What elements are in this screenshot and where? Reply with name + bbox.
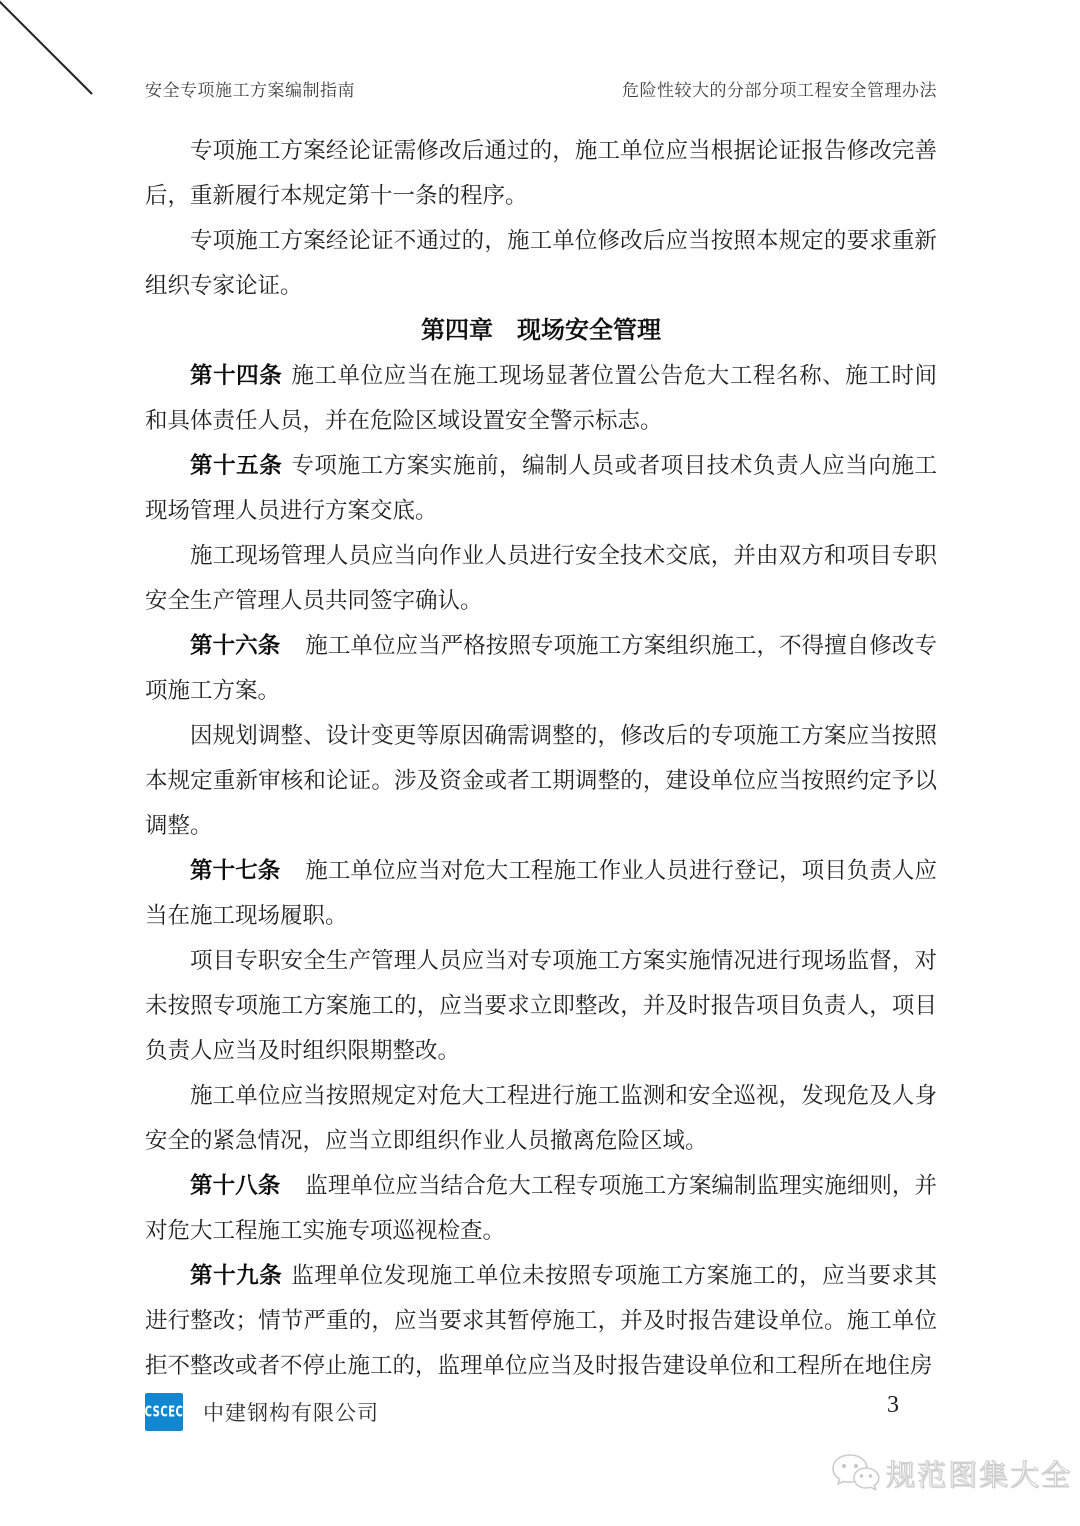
- article-number: 第十七条: [190, 858, 280, 883]
- cscec-logo-icon: CSCEC: [145, 1393, 183, 1431]
- article-paragraph: 第十九条监理单位发现施工单位未按照专项施工方案施工的，应当要求其进行整改；情节严…: [145, 1253, 937, 1388]
- body-paragraph: 施工现场管理人员应当向作业人员进行安全技术交底，并由双方和项目专职安全生产管理人…: [145, 533, 937, 623]
- watermark: 规范图集大全: [830, 1452, 1072, 1494]
- body-paragraph: 专项施工方案经论证需修改后通过的，施工单位应当根据论证报告修改完善后，重新履行本…: [145, 128, 937, 218]
- body-paragraph: 项目专职安全生产管理人员应当对专项施工方案实施情况进行现场监督，对未按照专项施工…: [145, 938, 937, 1073]
- page-number: 3: [878, 1392, 908, 1419]
- article-number: 第十九条: [190, 1263, 282, 1288]
- article-number: 第十六条: [190, 633, 280, 658]
- article-paragraph: 第十五条专项施工方案实施前，编制人员或者项目技术负责人应当向施工现场管理人员进行…: [145, 443, 937, 533]
- company-name: 中建钢构有限公司: [203, 1397, 379, 1427]
- page-header: 安全专项施工方案编制指南 危险性较大的分部分项工程安全管理办法: [145, 76, 937, 101]
- header-right-title: 危险性较大的分部分项工程安全管理办法: [622, 76, 937, 101]
- header-left-title: 安全专项施工方案编制指南: [145, 76, 355, 101]
- cscec-logo-text: CSCEC: [145, 1404, 184, 1421]
- document-page: 安全专项施工方案编制指南 危险性较大的分部分项工程安全管理办法 专项施工方案经论…: [0, 0, 1080, 1526]
- body-paragraph: 专项施工方案经论证不通过的，施工单位修改后应当按照本规定的要求重新组织专家论证。: [145, 218, 937, 308]
- page-footer: CSCEC 中建钢构有限公司: [145, 1393, 379, 1431]
- wechat-icon: [830, 1452, 880, 1494]
- article-paragraph: 第十四条施工单位应当在施工现场显著位置公告危大工程名称、施工时间和具体责任人员，…: [145, 353, 937, 443]
- chapter-heading: 第四章 现场安全管理: [145, 308, 937, 353]
- article-paragraph: 第十六条施工单位应当严格按照专项施工方案组织施工，不得擅自修改专项施工方案。: [145, 623, 937, 713]
- article-number: 第十八条: [190, 1173, 280, 1198]
- article-paragraph: 第十八条监理单位应当结合危大工程专项施工方案编制监理实施细则，并对危大工程施工实…: [145, 1163, 937, 1253]
- body-paragraph: 因规划调整、设计变更等原因确需调整的，修改后的专项施工方案应当按照本规定重新审核…: [145, 713, 937, 848]
- article-number: 第十四条: [190, 363, 282, 388]
- corner-fold-line: [0, 0, 110, 110]
- watermark-text: 规范图集大全: [886, 1453, 1072, 1494]
- document-body: 专项施工方案经论证需修改后通过的，施工单位应当根据论证报告修改完善后，重新履行本…: [145, 128, 937, 1388]
- article-number: 第十五条: [190, 453, 282, 478]
- body-paragraph: 施工单位应当按照规定对危大工程进行施工监测和安全巡视，发现危及人身安全的紧急情况…: [145, 1073, 937, 1163]
- article-paragraph: 第十七条施工单位应当对危大工程施工作业人员进行登记，项目负责人应当在施工现场履职…: [145, 848, 937, 938]
